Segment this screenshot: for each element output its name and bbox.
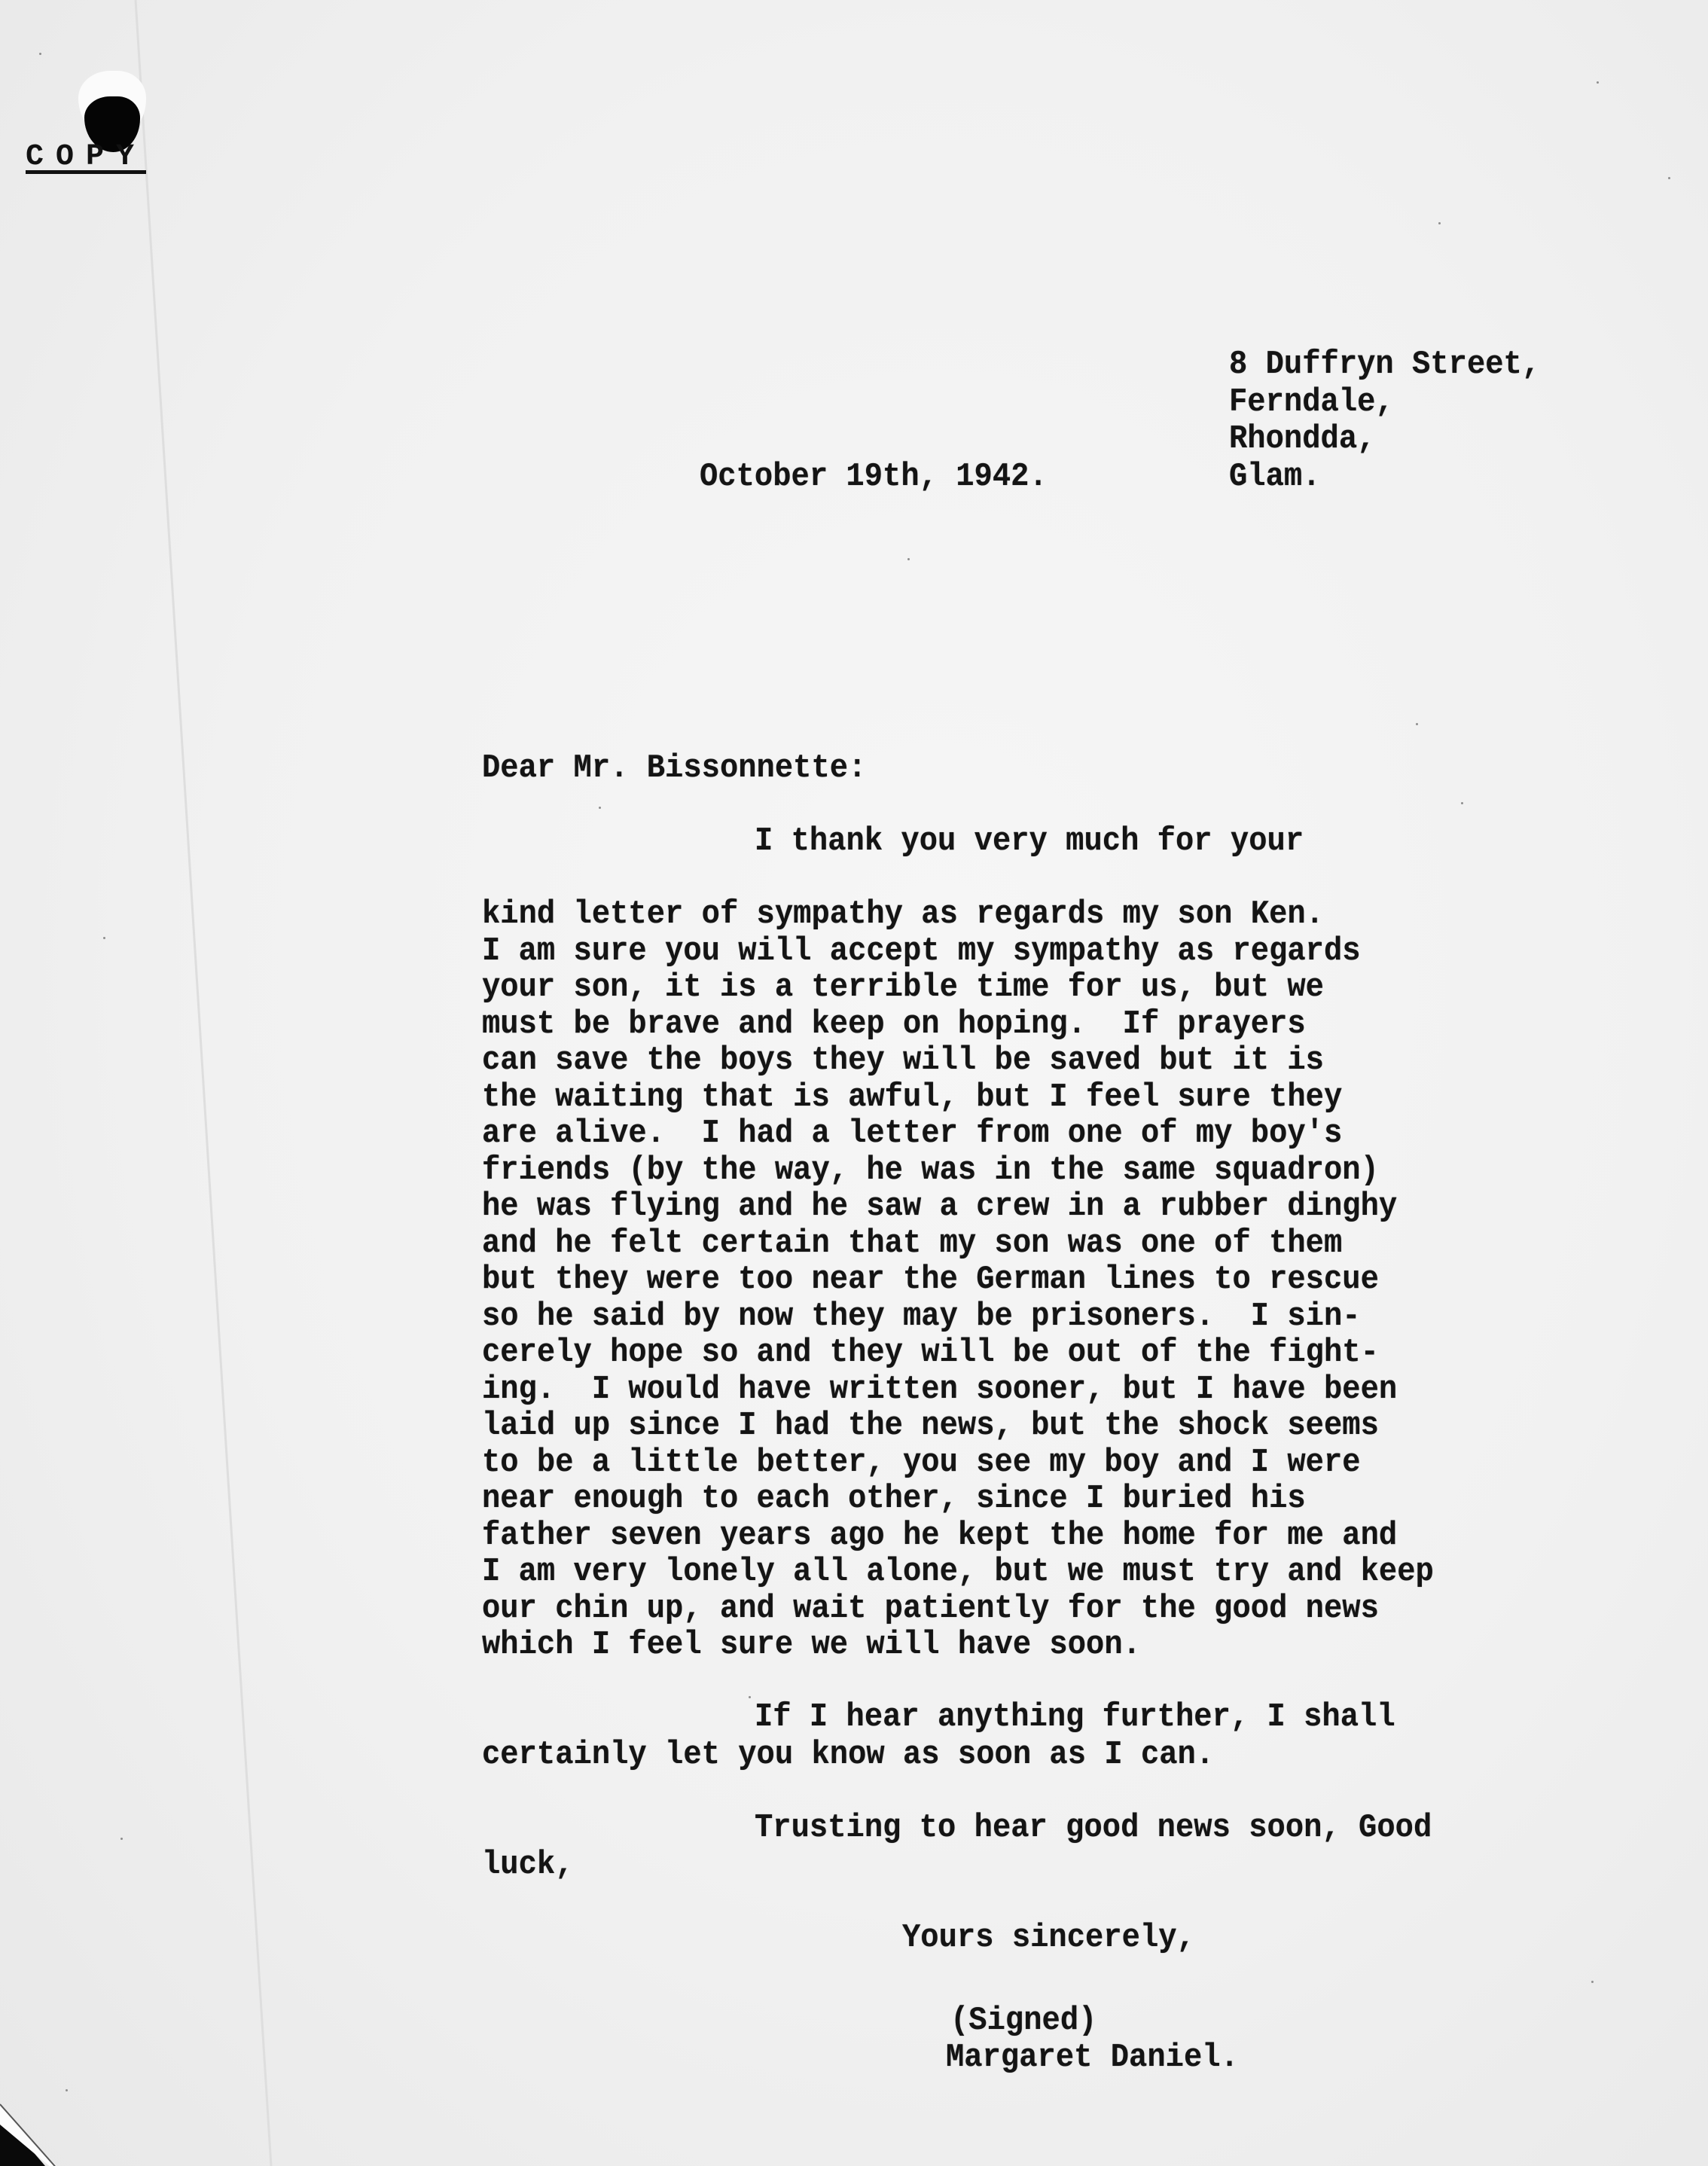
address-line-3: Rhondda, (1229, 423, 1375, 456)
letter-page: COPY 8 Duffryn Street, Ferndale, Rhondda… (0, 0, 1708, 2166)
body-line: I am sure you will accept my sympathy as… (482, 935, 1361, 969)
paragraph-1-opening: I thank you very much for your (755, 825, 1304, 859)
paragraph-2-line-1: If I hear anything further, I shall (755, 1701, 1395, 1734)
paper-speck (66, 2089, 68, 2091)
body-line: to be a little better, you see my boy an… (482, 1447, 1361, 1480)
closing: Yours sincerely, (902, 1922, 1195, 1955)
body-line: your son, it is a terrible time for us, … (482, 972, 1324, 1005)
body-line: near enough to each other, since I burie… (482, 1483, 1306, 1516)
paper-speck (1438, 222, 1441, 224)
body-line: friends (by the way, he was in the same … (482, 1155, 1379, 1188)
body-line: our chin up, and wait patiently for the … (482, 1593, 1379, 1626)
paper-speck (39, 53, 41, 55)
paper-speck (1416, 723, 1418, 725)
paper-speck (120, 1838, 123, 1840)
paper-speck (1597, 81, 1599, 84)
paper-speck (1461, 802, 1463, 804)
body-line: but they were too near the German lines … (482, 1264, 1379, 1297)
body-line: laid up since I had the news, but the sh… (482, 1410, 1379, 1443)
body-line: so he said by now they may be prisoners.… (482, 1301, 1361, 1334)
body-line: which I feel sure we will have soon. (482, 1629, 1141, 1662)
body-line: and he felt certain that my son was one … (482, 1228, 1342, 1261)
paper-speck (1591, 1981, 1594, 1983)
paper-speck (103, 937, 105, 939)
paper-speck (907, 558, 910, 560)
body-line: are alive. I had a letter from one of my… (482, 1118, 1342, 1151)
paper-speck (749, 1696, 751, 1698)
signed-note: (Signed) (950, 2005, 1096, 2038)
paper-speck (599, 807, 601, 809)
salutation: Dear Mr. Bissonnette: (482, 752, 866, 786)
letter-date: October 19th, 1942. (700, 461, 1048, 494)
body-line: I am very lonely all alone, but we must … (482, 1556, 1434, 1589)
signature-name: Margaret Daniel. (946, 2042, 1239, 2075)
body-line: he was flying and he saw a crew in a rub… (482, 1191, 1397, 1224)
address-line-1: 8 Duffryn Street, (1229, 349, 1540, 382)
folded-corner (0, 2076, 60, 2166)
address-line-4: Glam. (1229, 461, 1321, 494)
paragraph-2-line-2: certainly let you know as soon as I can. (482, 1739, 1214, 1772)
body-line: the waiting that is awful, but I feel su… (482, 1081, 1342, 1115)
body-line: ing. I would have written sooner, but I … (482, 1374, 1397, 1407)
body-line: kind letter of sympathy as regards my so… (482, 898, 1324, 932)
paper-speck (1668, 177, 1670, 179)
paragraph-3-line-1: Trusting to hear good news soon, Good (755, 1812, 1432, 1845)
copy-stamp: COPY (26, 140, 146, 174)
address-line-2: Ferndale, (1229, 386, 1394, 419)
paragraph-3-line-2: luck, (482, 1849, 574, 1882)
body-line: can save the boys they will be saved but… (482, 1045, 1324, 1078)
body-line: must be brave and keep on hoping. If pra… (482, 1008, 1306, 1042)
body-line: cerely hope so and they will be out of t… (482, 1337, 1379, 1370)
body-line: father seven years ago he kept the home … (482, 1520, 1397, 1553)
